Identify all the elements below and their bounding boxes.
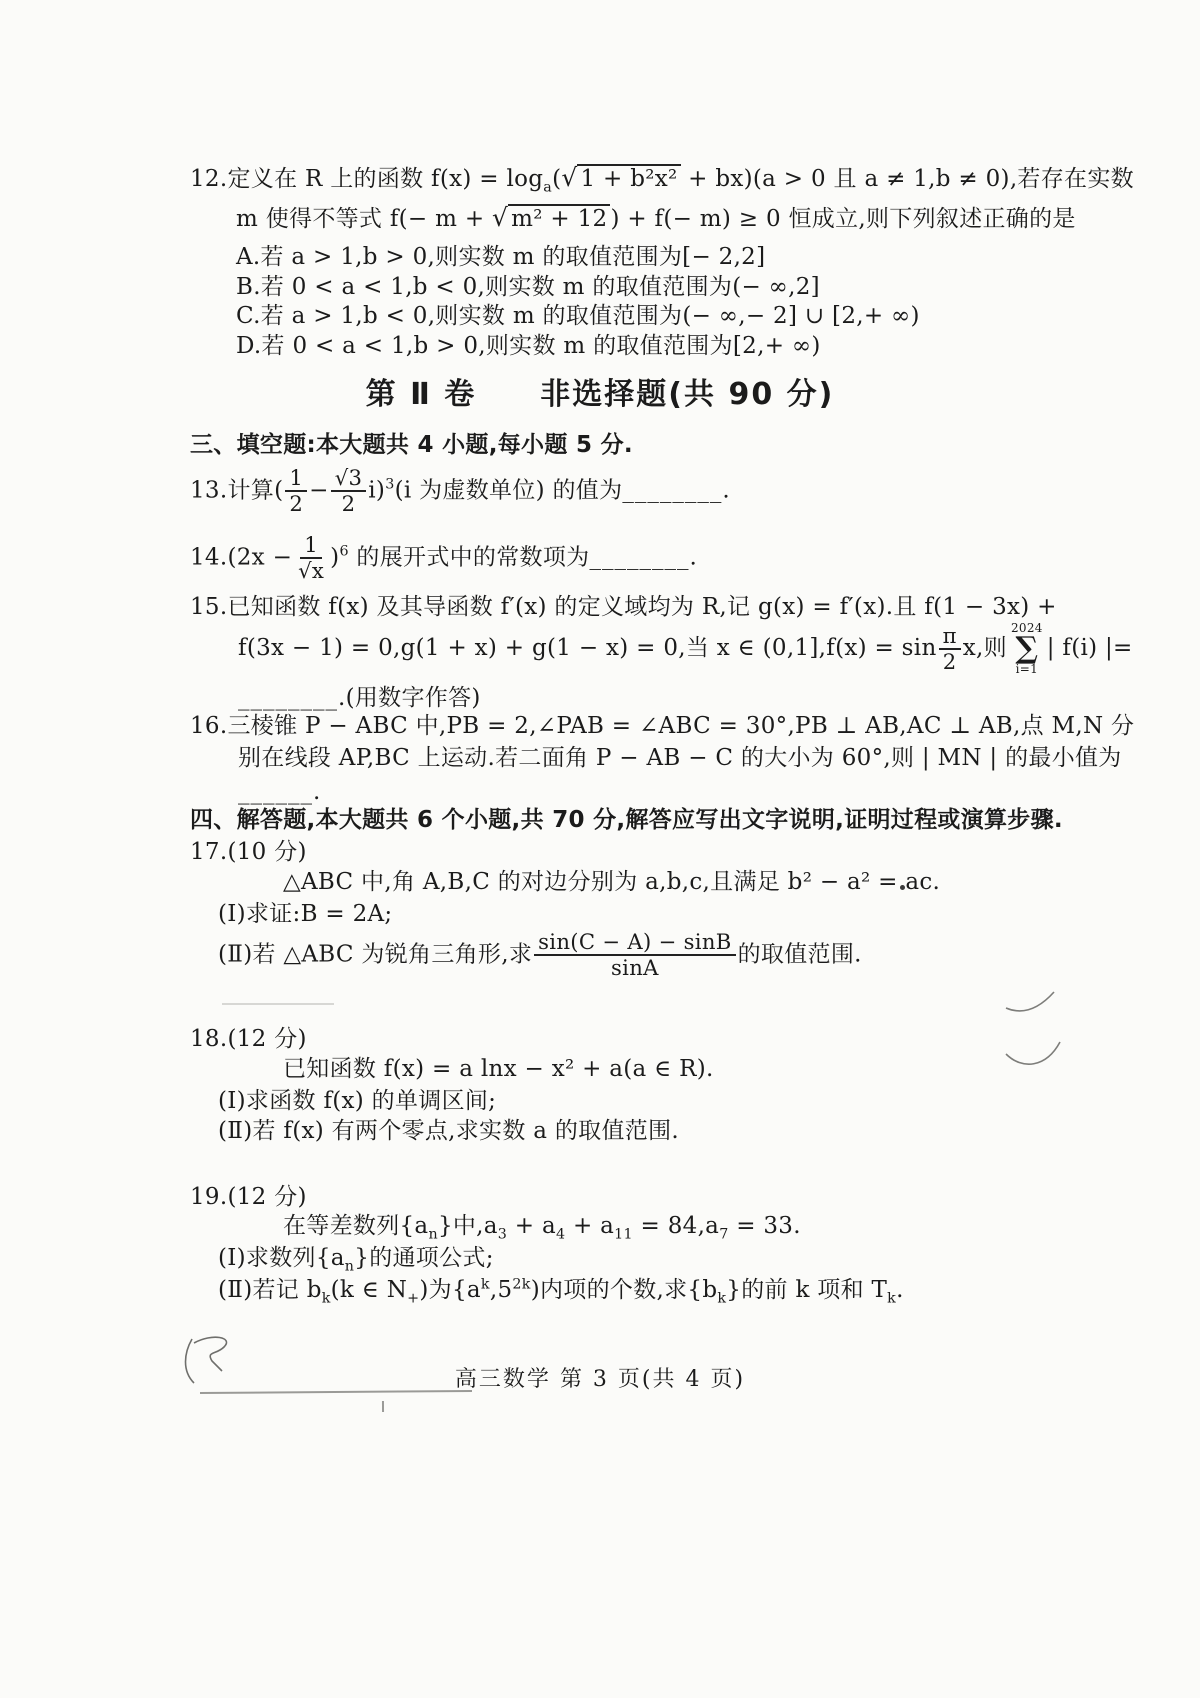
question-16-line-3: ______. [238,778,321,807]
log-base-subscript: a [543,180,552,196]
exponent: k [481,1276,490,1292]
question-18-statement: 已知函数 f(x) = a lnx − x² + a(a ∈ R). [283,1055,714,1084]
question-18-heading: 18.(12 分) [190,1025,307,1054]
question-15-line-1: 15.已知函数 f(x) 及其导函数 f′(x) 的定义域均为 R,记 g(x)… [190,593,1057,622]
summation-lower-limit: i=1 [1016,663,1038,676]
subscript: k [322,1291,331,1307]
radical: √1 + b²x² [561,166,680,192]
part-2-header: 第 Ⅱ 卷 非选择题(共 90 分) [0,376,1200,414]
subscript: 11 [614,1227,633,1243]
subscript: 7 [719,1227,728,1243]
question-17-part-2: (Ⅱ)若 △ABC 为锐角三角形,求sin(C − A) − sinBsinA的… [218,930,862,981]
option-C: C.若 a > 1,b < 0,则实数 m 的取值范围为(− ∞,− 2] ∪ … [236,302,920,331]
exponent: 6 [339,544,348,560]
radicand: 1 + b²x² [577,164,680,192]
question-18-part-1: (Ⅰ)求函数 f(x) 的单调区间; [218,1087,496,1116]
question-15-line-2: f(3x − 1) = 0,g(1 + x) + g(1 − x) = 0,当 … [238,622,1133,676]
option-B: B.若 0 < a < 1,b < 0,则实数 m 的取值范围为(− ∞,2] [236,273,820,302]
question-17-statement: △ABC 中,角 A,B,C 的对边分别为 a,b,c,且满足 b² − a² … [283,868,940,897]
exponent: 2k [512,1276,530,1292]
footer-course-label: 高三数学 [455,1367,551,1392]
fraction: √32 [331,466,367,517]
option-D: D.若 0 < a < 1,b > 0,则实数 m 的取值范围为[2,+ ∞) [236,332,821,361]
section-4-title: 四、解答题,本大题共 6 个小题,共 70 分,解答应写出文字说明,证明过程或演… [190,806,1063,835]
exam-page: 12.定义在 R 上的函数 f(x) = loga(√1 + b²x² + bx… [0,0,1200,1698]
subscript: k [887,1291,896,1307]
answer-blank: ______ [238,779,313,805]
radicand: m² + 12 [508,204,610,232]
subscript: n [345,1259,354,1275]
summation: 2024∑i=1 [1011,622,1043,676]
question-18-part-2: (Ⅱ)若 f(x) 有两个零点,求实数 a 的取值范围. [218,1117,679,1146]
fraction: π2 [939,624,961,675]
answer-blank: ________ [589,544,689,570]
sigma-sign: ∑ [1015,635,1038,664]
question-13: 13.计算(12−√32i)3(i 为虚数单位) 的值为________. [190,466,730,517]
subscript: + [407,1291,419,1307]
question-15-line-3: ________.(用数字作答) [238,684,481,713]
subscript: n [428,1227,437,1243]
ink-dot [900,885,905,890]
q12-text: 12.定义在 R 上的函数 f(x) = log [190,166,543,192]
subscript: 3 [498,1227,507,1243]
exponent: 3 [385,477,394,493]
question-12-line-2: m 使得不等式 f(− m + √m² + 12) + f(− m) ≥ 0 恒… [236,202,1076,234]
subscript: 4 [556,1227,565,1243]
option-A: A.若 a > 1,b > 0,则实数 m 的取值范围为[− 2,2] [236,243,765,272]
pen-mark-curl [1002,984,1066,1018]
fraction: 1√x [294,533,328,584]
question-12-line-1: 12.定义在 R 上的函数 f(x) = loga(√1 + b²x² + bx… [190,162,1134,197]
sqrt-sign: √ [492,203,508,232]
question-17-heading: 17.(10 分) [190,838,307,867]
subscript: k [717,1291,726,1307]
fraction: 12 [285,466,307,517]
question-19-statement: 在等差数列{an}中,a3 + a4 + a11 = 84,a7 = 33. [283,1212,801,1244]
answer-blank: ________ [238,685,338,711]
footer-page-number: 第 3 页(共 4 页) [560,1367,745,1392]
question-16-line-1: 16.三棱锥 P − ABC 中,PB = 2,∠PAB = ∠ABC = 30… [190,712,1134,741]
answer-blank: ________ [622,477,722,503]
scan-smudge [222,1003,334,1005]
question-19-heading: 19.(12 分) [190,1183,307,1212]
pen-tick [382,1401,384,1412]
question-19-part-2: (Ⅱ)若记 bk(k ∈ N+)为{ak,52k)内项的个数,求{bk}的前 k… [218,1276,904,1308]
question-19-part-1: (Ⅰ)求数列{an}的通项公式; [218,1244,494,1276]
question-16-line-2: 别在线段 AP,BC 上运动.若二面角 P − AB − C 的大小为 60°,… [238,744,1122,773]
section-3-title: 三、填空题:本大题共 4 小题,每小题 5 分. [190,431,633,460]
question-17-part-1: (Ⅰ)求证:B = 2A; [218,900,392,929]
pen-mark-curl [1002,1036,1072,1076]
sqrt-sign: √ [561,163,577,192]
pen-scribble [176,1335,346,1407]
question-14: 14.(2x −1√x)6 的展开式中的常数项为________. [190,533,697,584]
fraction: sin(C − A) − sinBsinA [534,930,735,981]
radical: √m² + 12 [492,206,610,232]
